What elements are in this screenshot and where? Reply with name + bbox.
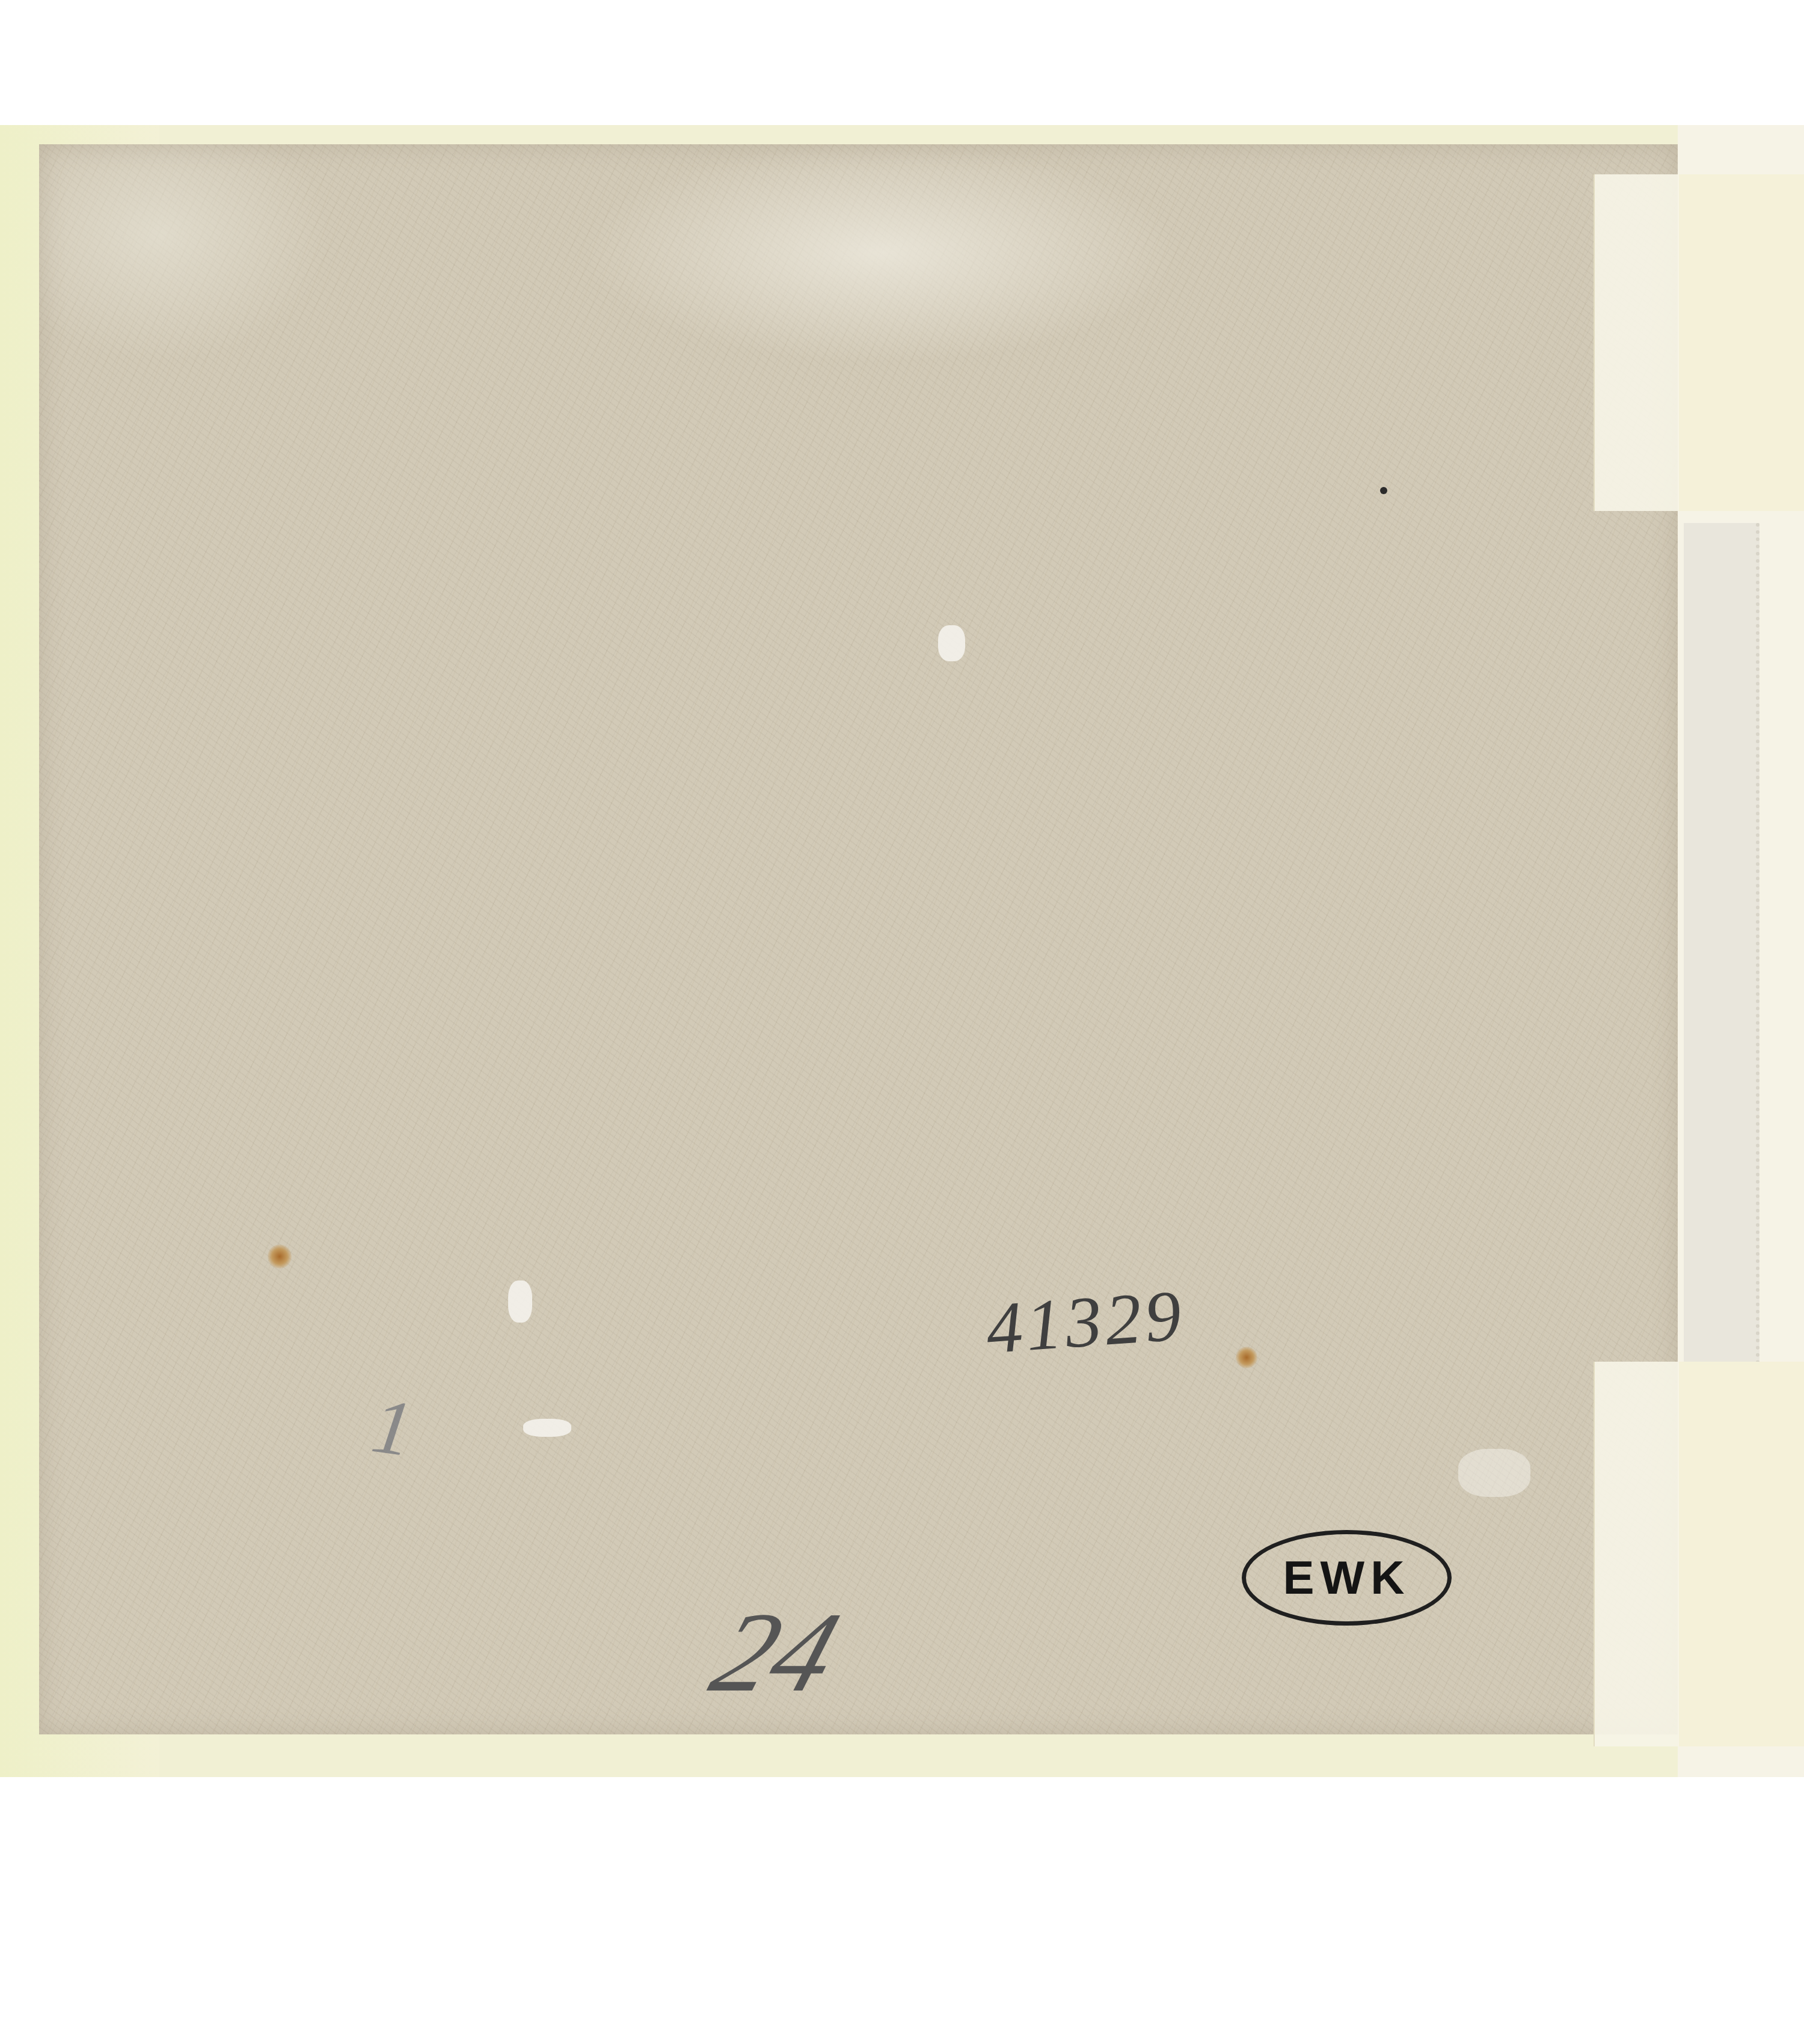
collector-stamp: EWK <box>1242 1530 1452 1626</box>
hinge-tape-bottom <box>1594 1362 1804 1746</box>
hinge-tape-top <box>1594 174 1804 511</box>
paper-fleck <box>523 1419 571 1437</box>
foxing-spot <box>268 1244 292 1268</box>
stamp-text: EWK <box>1283 1550 1411 1605</box>
foxing-spot <box>1236 1347 1257 1368</box>
torn-backing-edge <box>1684 523 1760 1365</box>
paper-fleck <box>1458 1449 1530 1497</box>
paper-fleck <box>508 1281 532 1323</box>
card-verso <box>39 144 1678 1734</box>
foxing-spot <box>1380 487 1387 494</box>
inventory-number-inscription: 41329 <box>984 1274 1188 1371</box>
paper-fleck <box>938 625 965 661</box>
